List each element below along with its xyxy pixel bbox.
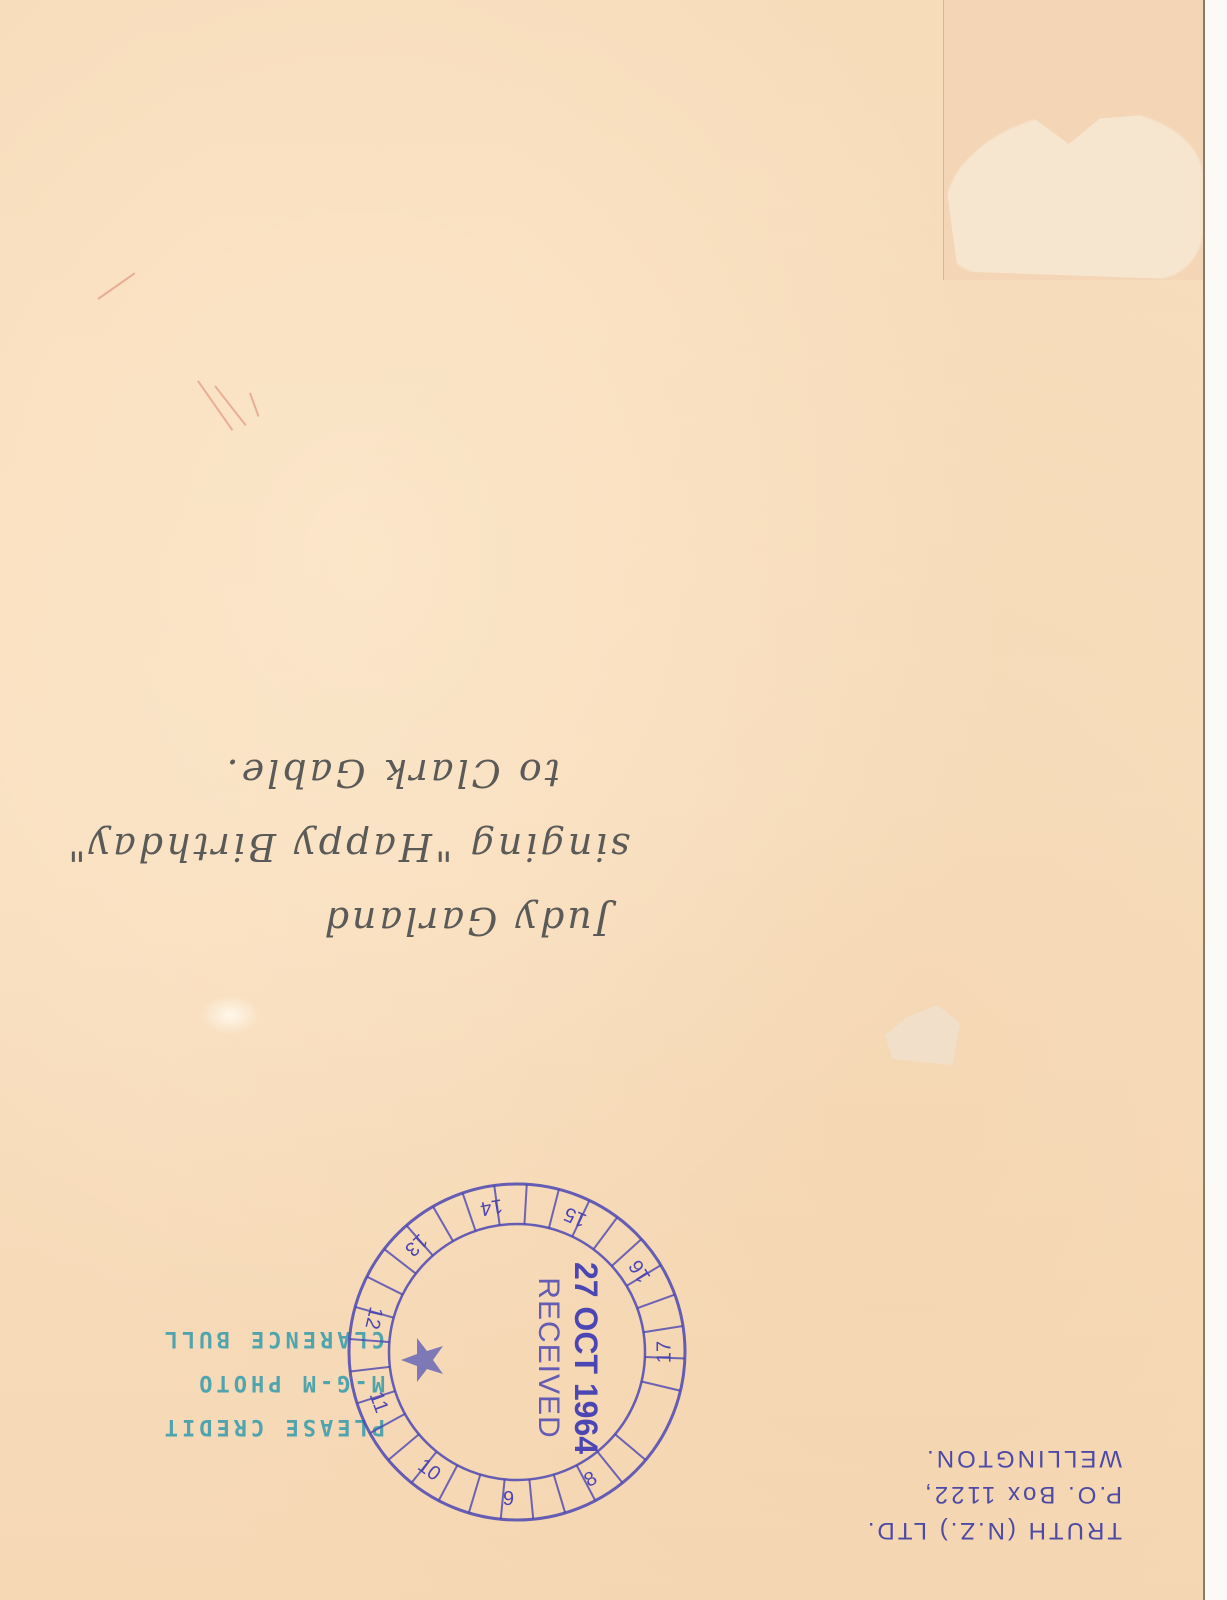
address-line: WELLINGTON. (840, 1440, 1150, 1476)
paper-scuff (885, 1005, 960, 1065)
received-label: RECEIVED (529, 1261, 567, 1453)
received-date: 27 OCT 1964 (567, 1261, 605, 1453)
caption-line: to Clark Gable. (150, 736, 630, 810)
paper-scuff (200, 995, 260, 1035)
address-line: P.O. Box 1122, (840, 1476, 1150, 1512)
scan-edge (1203, 0, 1227, 1600)
address-stamp: TRUTH (N.Z.) LTD. P.O. Box 1122, WELLING… (840, 1428, 1150, 1548)
red-pencil-mark (249, 393, 259, 417)
red-pencil-mark (214, 385, 246, 426)
handwritten-caption: Judy Garland singing "Happy Birthday" to… (150, 728, 630, 958)
caption-line: Judy Garland (150, 884, 630, 958)
received-date-stamp: 891011121314151617 RECEIVED 27 OCT 1964 (345, 1180, 690, 1525)
caption-line: singing "Happy Birthday" (150, 810, 630, 884)
address-line: TRUTH (N.Z.) LTD. (840, 1512, 1150, 1548)
photo-back-sheet: Judy Garland singing "Happy Birthday" to… (0, 0, 1203, 1600)
red-pencil-mark (97, 272, 135, 299)
